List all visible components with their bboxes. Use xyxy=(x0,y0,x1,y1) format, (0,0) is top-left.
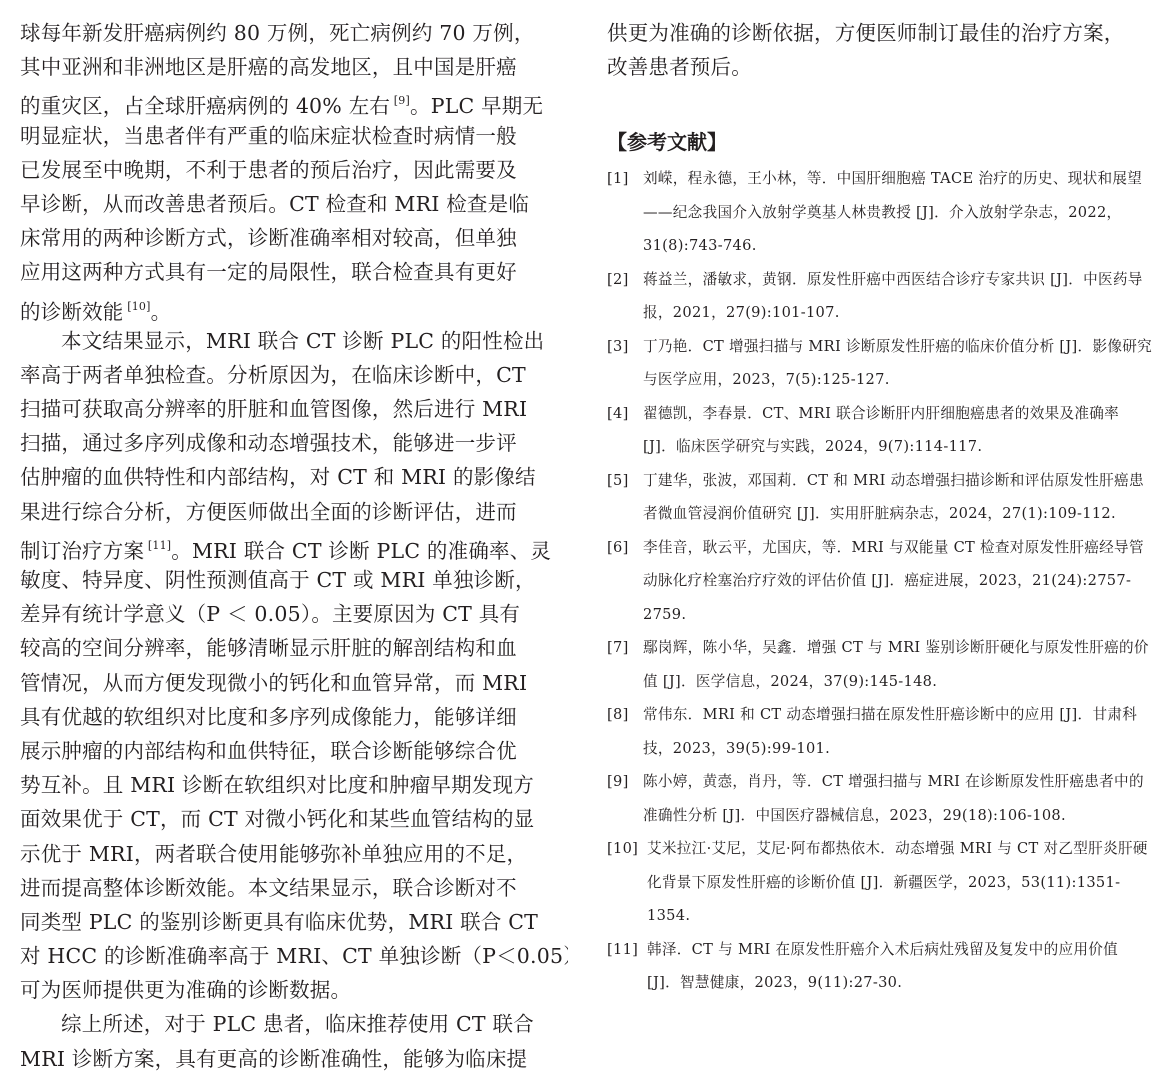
citation-superscript: [10] xyxy=(124,300,151,313)
line-text: 供更为准确的诊断依据，方便医师制订最佳的治疗方案， xyxy=(607,21,1125,45)
text-line: 的重灾区，占全球肝癌病例的 40% 左右 [9]。PLC 早期无 xyxy=(20,84,568,118)
line-text: 本文结果显示，MRI 联合 CT 诊断 PLC 的阳性检出 xyxy=(61,329,544,353)
text-line: 综上所述，对于 PLC 患者，临床推荐使用 CT 联合 xyxy=(20,1007,568,1041)
reference-text: 艾米拉江·艾尼，艾尼·阿布都热依木．动态增强 MRI 与 CT 对乙型肝炎肝硬化… xyxy=(647,832,1155,933)
body-text: 球每年新发肝癌病例约 80 万例，死亡病例约 70 万例，其中亚洲和非洲地区是肝… xyxy=(20,16,568,1072)
line-text: 对 HCC 的诊断准确率高于 MRI、CT 单独诊断（P＜0.05）， xyxy=(20,944,568,968)
text-line: 已发展至中晚期，不利于患者的预后治疗，因此需要及 xyxy=(20,153,568,187)
citation-superscript: [9] xyxy=(390,94,410,107)
reference-item: [7]鄢岗辉，陈小华，吴鑫．增强 CT 与 MRI 鉴别诊断肝硬化与原发性肝癌的… xyxy=(607,631,1155,698)
reference-item: [2]蒋益兰，潘敏求，黄钢．原发性肝癌中西医结合诊疗专家共识 [J]．中医药导报… xyxy=(607,263,1155,330)
reference-text: 翟德凯，李春景．CT、MRI 联合诊断肝内肝细胞癌患者的效果及准确率 [J]．临… xyxy=(643,397,1155,464)
line-text: MRI 诊断方案，具有更高的诊断准确性，能够为临床提 xyxy=(20,1047,527,1071)
text-line: 可为医师提供更为准确的诊断数据。 xyxy=(20,973,568,1007)
text-line: 较高的空间分辨率，能够清晰显示肝脏的解剖结构和血 xyxy=(20,631,568,665)
reference-text: 韩泽．CT 与 MRI 在原发性肝癌介入术后病灶残留及复发中的应用价值 [J]．… xyxy=(647,933,1155,1000)
reference-number: [3] xyxy=(607,330,629,364)
reference-text: 李佳音，耿云平，尤国庆，等．MRI 与双能量 CT 检查对原发性肝癌经导管动脉化… xyxy=(643,531,1155,632)
line-text: 球每年新发肝癌病例约 80 万例，死亡病例约 70 万例， xyxy=(20,21,535,45)
reference-item: [6]李佳音，耿云平，尤国庆，等．MRI 与双能量 CT 检查对原发性肝癌经导管… xyxy=(607,531,1155,632)
reference-number: [9] xyxy=(607,765,629,799)
reference-number: [11] xyxy=(607,933,638,967)
line-text: 具有优越的软组织对比度和多序列成像能力，能够详细 xyxy=(20,705,517,729)
reference-number: [2] xyxy=(607,263,629,297)
reference-text: 陈小婷，黄悫，肖丹，等．CT 增强扫描与 MRI 在诊断原发性肝癌患者中的准确性… xyxy=(643,765,1155,832)
line-text: 扫描可获取高分辨率的肝脏和血管图像，然后进行 MRI xyxy=(20,397,527,421)
reference-number: [8] xyxy=(607,698,629,732)
text-line: 率高于两者单独检查。分析原因为，在临床诊断中，CT xyxy=(20,358,568,392)
text-line: 管情况，从而方便发现微小的钙化和血管异常，而 MRI xyxy=(20,666,568,700)
reference-number: [1] xyxy=(607,162,629,196)
text-line: 估肿瘤的血供特性和内部结构，对 CT 和 MRI 的影像结 xyxy=(20,460,568,494)
line-text: 同类型 PLC 的鉴别诊断更具有临床优势，MRI 联合 CT xyxy=(20,910,538,934)
text-line: 扫描可获取高分辨率的肝脏和血管图像，然后进行 MRI xyxy=(20,392,568,426)
text-line: 面效果优于 CT，而 CT 对微小钙化和某些血管结构的显 xyxy=(20,802,568,836)
text-line: MRI 诊断方案，具有更高的诊断准确性，能够为临床提 xyxy=(20,1042,568,1072)
reference-number: [4] xyxy=(607,397,629,431)
line-text: 敏度、特异度、阴性预测值高于 CT 或 MRI 单独诊断， xyxy=(20,568,536,592)
text-line: 差异有统计学意义（P ＜ 0.05）。主要原因为 CT 具有 xyxy=(20,597,568,631)
reference-item: [9]陈小婷，黄悫，肖丹，等．CT 增强扫描与 MRI 在诊断原发性肝癌患者中的… xyxy=(607,765,1155,832)
references-heading: 【参考文献】 xyxy=(607,126,1155,158)
body-text-continued: 供更为准确的诊断依据，方便医师制订最佳的治疗方案，改善患者预后。 xyxy=(607,16,1155,84)
text-line: 敏度、特异度、阴性预测值高于 CT 或 MRI 单独诊断， xyxy=(20,563,568,597)
text-line: 制订治疗方案 [11]。MRI 联合 CT 诊断 PLC 的准确率、灵 xyxy=(20,529,568,563)
reference-item: [8]常伟东．MRI 和 CT 动态增强扫描在原发性肝癌诊断中的应用 [J]．甘… xyxy=(607,698,1155,765)
line-text: 明显症状，当患者伴有严重的临床症状检查时病情一般 xyxy=(20,124,517,148)
text-line: 同类型 PLC 的鉴别诊断更具有临床优势，MRI 联合 CT xyxy=(20,905,568,939)
line-text: 进而提高整体诊断效能。本文结果显示，联合诊断对不 xyxy=(20,876,517,900)
reference-text: 蒋益兰，潘敏求，黄钢．原发性肝癌中西医结合诊疗专家共识 [J]．中医药导报，20… xyxy=(643,263,1155,330)
text-line: 果进行综合分析，方便医师做出全面的诊断评估，进而 xyxy=(20,495,568,529)
text-line: 改善患者预后。 xyxy=(607,50,1155,84)
reference-text: 丁乃艳．CT 增强扫描与 MRI 诊断原发性肝癌的临床价值分析 [J]．影像研究… xyxy=(643,330,1155,397)
line-text: 果进行综合分析，方便医师做出全面的诊断评估，进而 xyxy=(20,500,517,524)
line-text: 差异有统计学意义（P ＜ 0.05）。主要原因为 CT 具有 xyxy=(20,602,520,626)
right-column: 供更为准确的诊断依据，方便医师制订最佳的治疗方案，改善患者预后。 【参考文献】 … xyxy=(607,16,1155,1000)
reference-item: [5]丁建华，张波，邓国莉．CT 和 MRI 动态增强扫描诊断和评估原发性肝癌患… xyxy=(607,464,1155,531)
text-line: 示优于 MRI，两者联合使用能够弥补单独应用的不足， xyxy=(20,837,568,871)
line-text: 已发展至中晚期，不利于患者的预后治疗，因此需要及 xyxy=(20,158,517,182)
line-text-after: 。MRI 联合 CT 诊断 PLC 的准确率、灵 xyxy=(171,539,551,563)
text-line: 明显症状，当患者伴有严重的临床症状检查时病情一般 xyxy=(20,119,568,153)
line-text: 扫描，通过多序列成像和动态增强技术，能够进一步评 xyxy=(20,431,517,455)
text-line: 的诊断效能 [10]。 xyxy=(20,290,568,324)
text-line: 其中亚洲和非洲地区是肝癌的高发地区，且中国是肝癌 xyxy=(20,50,568,84)
line-text: 的诊断效能 xyxy=(20,300,124,324)
text-line: 供更为准确的诊断依据，方便医师制订最佳的治疗方案， xyxy=(607,16,1155,50)
line-text-after: 。PLC 早期无 xyxy=(410,94,543,118)
line-text: 制订治疗方案 xyxy=(20,539,144,563)
text-line: 早诊断，从而改善患者预后。CT 检查和 MRI 检查是临 xyxy=(20,187,568,221)
reference-number: [5] xyxy=(607,464,629,498)
line-text: 改善患者预后。 xyxy=(607,55,752,79)
line-text: 较高的空间分辨率，能够清晰显示肝脏的解剖结构和血 xyxy=(20,636,517,660)
text-line: 具有优越的软组织对比度和多序列成像能力，能够详细 xyxy=(20,700,568,734)
references-list: [1]刘嵘，程永德，王小林，等．中国肝细胞癌 TACE 治疗的历史、现状和展望—… xyxy=(607,162,1155,1000)
line-text: 面效果优于 CT，而 CT 对微小钙化和某些血管结构的显 xyxy=(20,807,534,831)
reference-item: [1]刘嵘，程永德，王小林，等．中国肝细胞癌 TACE 治疗的历史、现状和展望—… xyxy=(607,162,1155,263)
line-text: 床常用的两种诊断方式，诊断准确率相对较高，但单独 xyxy=(20,226,517,250)
text-line: 本文结果显示，MRI 联合 CT 诊断 PLC 的阳性检出 xyxy=(20,324,568,358)
line-text: 展示肿瘤的内部结构和血供特征，联合诊断能够综合优 xyxy=(20,739,517,763)
line-text: 综上所述，对于 PLC 患者，临床推荐使用 CT 联合 xyxy=(61,1012,534,1036)
text-line: 对 HCC 的诊断准确率高于 MRI、CT 单独诊断（P＜0.05）， xyxy=(20,939,568,973)
line-text: 可为医师提供更为准确的诊断数据。 xyxy=(20,978,351,1002)
reference-item: [11]韩泽．CT 与 MRI 在原发性肝癌介入术后病灶残留及复发中的应用价值 … xyxy=(607,933,1155,1000)
reference-number: [7] xyxy=(607,631,629,665)
line-text-after: 。 xyxy=(151,300,172,324)
left-column: 球每年新发肝癌病例约 80 万例，死亡病例约 70 万例，其中亚洲和非洲地区是肝… xyxy=(20,16,568,1072)
line-text: 管情况，从而方便发现微小的钙化和血管异常，而 MRI xyxy=(20,671,527,695)
reference-text: 刘嵘，程永德，王小林，等．中国肝细胞癌 TACE 治疗的历史、现状和展望——纪念… xyxy=(643,162,1155,263)
text-line: 展示肿瘤的内部结构和血供特征，联合诊断能够综合优 xyxy=(20,734,568,768)
line-text: 其中亚洲和非洲地区是肝癌的高发地区，且中国是肝癌 xyxy=(20,55,517,79)
line-text: 早诊断，从而改善患者预后。CT 检查和 MRI 检查是临 xyxy=(20,192,529,216)
citation-superscript: [11] xyxy=(144,539,171,552)
reference-item: [4]翟德凯，李春景．CT、MRI 联合诊断肝内肝细胞癌患者的效果及准确率 [J… xyxy=(607,397,1155,464)
text-line: 床常用的两种诊断方式，诊断准确率相对较高，但单独 xyxy=(20,221,568,255)
line-text: 势互补。且 MRI 诊断在软组织对比度和肿瘤早期发现方 xyxy=(20,773,534,797)
reference-text: 丁建华，张波，邓国莉．CT 和 MRI 动态增强扫描诊断和评估原发性肝癌患者微血… xyxy=(643,464,1155,531)
reference-item: [10]艾米拉江·艾尼，艾尼·阿布都热依木．动态增强 MRI 与 CT 对乙型肝… xyxy=(607,832,1155,933)
line-text: 应用这两种方式具有一定的局限性，联合检查具有更好 xyxy=(20,260,517,284)
text-line: 应用这两种方式具有一定的局限性，联合检查具有更好 xyxy=(20,255,568,289)
text-line: 势互补。且 MRI 诊断在软组织对比度和肿瘤早期发现方 xyxy=(20,768,568,802)
reference-text: 鄢岗辉，陈小华，吴鑫．增强 CT 与 MRI 鉴别诊断肝硬化与原发性肝癌的价值 … xyxy=(643,631,1155,698)
reference-item: [3]丁乃艳．CT 增强扫描与 MRI 诊断原发性肝癌的临床价值分析 [J]．影… xyxy=(607,330,1155,397)
text-line: 球每年新发肝癌病例约 80 万例，死亡病例约 70 万例， xyxy=(20,16,568,50)
line-text: 率高于两者单独检查。分析原因为，在临床诊断中，CT xyxy=(20,363,526,387)
line-text: 示优于 MRI，两者联合使用能够弥补单独应用的不足， xyxy=(20,842,527,866)
line-text: 的重灾区，占全球肝癌病例的 40% 左右 xyxy=(20,94,390,118)
reference-number: [6] xyxy=(607,531,629,565)
reference-text: 常伟东．MRI 和 CT 动态增强扫描在原发性肝癌诊断中的应用 [J]．甘肃科技… xyxy=(643,698,1155,765)
reference-number: [10] xyxy=(607,832,638,866)
text-line: 扫描，通过多序列成像和动态增强技术，能够进一步评 xyxy=(20,426,568,460)
text-line: 进而提高整体诊断效能。本文结果显示，联合诊断对不 xyxy=(20,871,568,905)
line-text: 估肿瘤的血供特性和内部结构，对 CT 和 MRI 的影像结 xyxy=(20,465,536,489)
